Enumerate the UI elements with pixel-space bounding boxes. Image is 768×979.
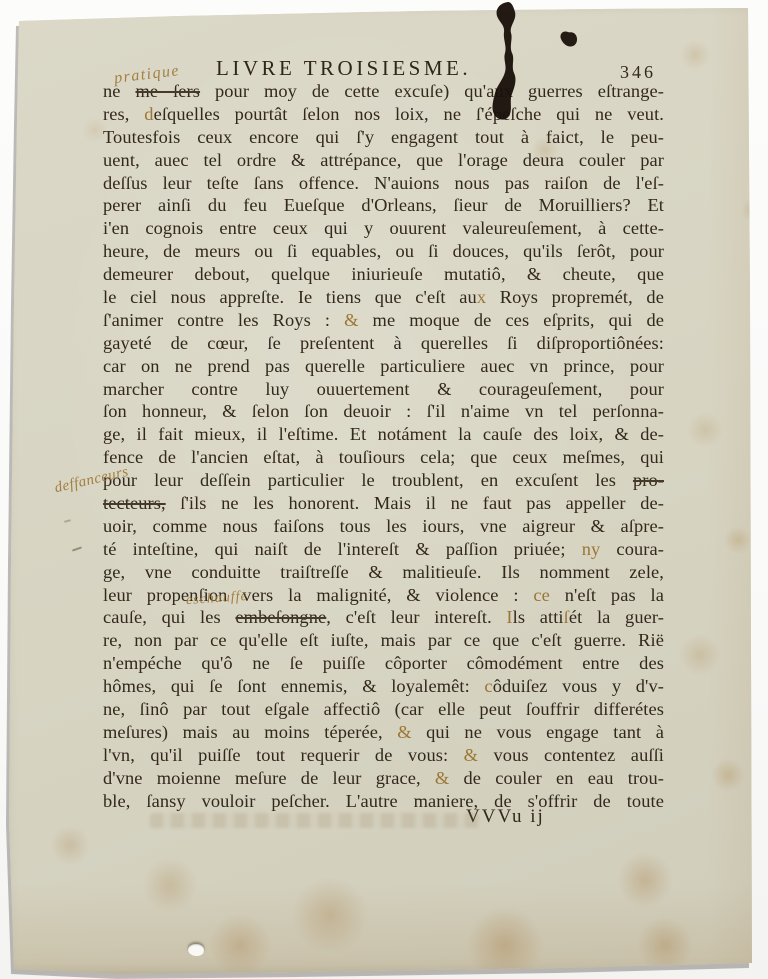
hand-corrected-text: c xyxy=(484,676,492,696)
printed-text: gayeté de cœur, ſe preſentent à querelle… xyxy=(103,333,664,353)
text-line: Toutesfois ceux encore qui ſ'y engagent … xyxy=(103,126,664,149)
hand-corrected-text: & xyxy=(344,310,358,330)
printed-text: car on ne prend pas querelle particulier… xyxy=(103,356,664,376)
printed-text: le ciel nous appreſte. Ie tiens que c'eſ… xyxy=(103,287,477,307)
printed-text: ſon honneur, & ſelon ſon deuoir : ſ'il n… xyxy=(103,401,664,421)
ink-blot-icon xyxy=(478,2,586,124)
text-line: n'empéche qu'ô ne ſe puiſſe côporter côm… xyxy=(103,652,664,675)
text-line: meſures) mais au moins téperée, & qui ne… xyxy=(103,721,664,744)
text-line: demeurer debout, quelque iniurieuſe muta… xyxy=(103,263,664,286)
struck-text: embeſongne xyxy=(235,607,326,627)
printed-text: n'empéche qu'ô ne ſe puiſſe côporter côm… xyxy=(103,653,664,673)
printed-text: ſ'ils ne les honorent. Mais il ne faut p… xyxy=(166,493,664,513)
printed-text: , c'eſt leur intereſt. xyxy=(326,607,506,627)
hand-corrected-text: x xyxy=(477,287,486,307)
printed-text: meſures) mais au moins téperée, xyxy=(103,722,397,742)
text-line: fence de l'ancien eſtat, à touſiours cel… xyxy=(103,446,664,469)
printed-text: qui ne vous engage tant à xyxy=(412,722,664,742)
hand-corrected-text: & xyxy=(435,768,449,788)
text-line: ble, ſansy vouloir peſcher. L'autre mani… xyxy=(103,790,664,813)
printed-text: vous contentez auſſi xyxy=(478,745,664,765)
text-line: ge, vne conduitte traiſtreſſe & malitieu… xyxy=(103,561,664,584)
text-line: heure, de meurs ou ſi equables, ou ſi do… xyxy=(103,240,664,263)
printed-text: pour leur deſſein particulier le trouble… xyxy=(103,470,633,490)
hand-corrected-text: ny xyxy=(582,539,601,559)
printed-text: Toutesfois ceux encore qui ſ'y engagent … xyxy=(103,127,664,147)
printed-text: marcher contre luy ouuertement & courage… xyxy=(103,379,664,399)
printed-text: ls atti xyxy=(513,607,564,627)
printed-text: ſ'animer contre les Roys : xyxy=(103,310,344,330)
printed-text: hômes, qui ſe ſont ennemis, & loyalemêt: xyxy=(103,676,484,696)
printed-text: Roys propremét, de xyxy=(486,287,664,307)
printed-text: ét la guer- xyxy=(569,607,664,627)
text-line: ge, il fait mieux, il l'eſtime. Et notám… xyxy=(103,423,664,446)
printed-text: coura- xyxy=(600,539,664,559)
printed-text: ble, ſansy vouloir peſcher. L'autre mani… xyxy=(103,791,664,811)
struck-text: pro- xyxy=(633,470,664,490)
printed-text: té inteſtine, qui naiſt de l'intereſt & … xyxy=(103,539,582,559)
hand-corrected-text: ce xyxy=(533,585,550,605)
margin-mark xyxy=(64,519,71,523)
printed-text: perer ainſi du feu Eueſque d'Orleans, ſi… xyxy=(103,195,664,215)
printed-text: ge, il fait mieux, il l'eſtime. Et notám… xyxy=(103,424,664,444)
printed-text: l'vn, qu'il puiſſe tout requerir de vous… xyxy=(103,745,464,765)
printed-text: cauſe, qui les xyxy=(103,607,235,627)
printed-text: fence de l'ancien eſtat, à touſiours cel… xyxy=(103,447,664,467)
printed-text: eſquelles pourtât ſelon nos loix, ne ſ'é… xyxy=(154,104,664,124)
text-line: cauſe, qui les embeſongne, c'eſt leur in… xyxy=(103,606,664,629)
struck-text: tecteurs, xyxy=(103,493,166,513)
hand-corrected-text: d xyxy=(144,104,153,124)
hand-corrected-text: & xyxy=(464,745,478,765)
text-line: d'vne moienne meſure de leur grace, & de… xyxy=(103,767,664,790)
ink-bleedthrough xyxy=(150,813,480,828)
text-line: té inteſtine, qui naiſt de l'intereſt & … xyxy=(103,538,664,561)
text-line: l'vn, qu'il puiſſe tout requerir de vous… xyxy=(103,744,664,767)
paper-hole xyxy=(188,944,204,956)
printed-text: uent, auec tel ordre & attrépance, que l… xyxy=(103,150,664,170)
text-line: ſon honneur, & ſelon ſon deuoir : ſ'il n… xyxy=(103,400,664,423)
printed-text: heure, de meurs ou ſi equables, ou ſi do… xyxy=(103,241,664,261)
text-line: car on ne prend pas querelle particulier… xyxy=(103,355,664,378)
printed-text: re, non par ce qu'elle eſt iuſte, mais p… xyxy=(103,630,664,650)
text-line: ne, ſinô par tout eſgale affectiô (car e… xyxy=(103,698,664,721)
printed-text: pour moy de cette excuſe) qu'aux guerres… xyxy=(200,81,664,101)
text-line: re, non par ce qu'elle eſt iuſte, mais p… xyxy=(103,629,664,652)
printed-text: res, xyxy=(103,104,144,124)
text-line: gayeté de cœur, ſe preſentent à querelle… xyxy=(103,332,664,355)
photographed-book-page: { "document": { "header": { "title": "LI… xyxy=(0,0,768,979)
margin-mark xyxy=(72,546,82,551)
printed-text: ge, vne conduitte traiſtreſſe & malitieu… xyxy=(103,562,664,582)
text-line: marcher contre luy ouuertement & courage… xyxy=(103,378,664,401)
printed-text: leur propenſion vers la malignité, & vio… xyxy=(103,585,533,605)
text-line: pour leur deſſein particulier le trouble… xyxy=(103,469,664,492)
printed-text: ne, ſinô par tout eſgale affectiô (car e… xyxy=(103,699,664,719)
text-line: perer ainſi du feu Eueſque d'Orleans, ſi… xyxy=(103,194,664,217)
running-header: LIVRE TROISIESME. xyxy=(216,56,471,81)
text-line: deſſus leur teſte ſans offence. N'auions… xyxy=(103,172,664,195)
printed-text: n'eſt pas la xyxy=(550,585,664,605)
printed-text: d'vne moienne meſure de leur grace, xyxy=(103,768,435,788)
text-line: le ciel nous appreſte. Ie tiens que c'eſ… xyxy=(103,286,664,309)
book-page: LIVRE TROISIESME. 346 ne me ſers pour mo… xyxy=(0,0,768,979)
printed-text: demeurer debout, quelque iniurieuſe muta… xyxy=(103,264,664,284)
text-line: ſ'animer contre les Roys : & me moque de… xyxy=(103,309,664,332)
printed-text: deſſus leur teſte ſans offence. N'auions… xyxy=(103,173,664,193)
hand-corrected-text: & xyxy=(397,722,411,742)
printed-text: ôduiſez vous y d'v- xyxy=(493,676,664,696)
printed-text: i'en cognois entre ceux qui y ouurent va… xyxy=(103,218,664,238)
body-text: ne me ſers pour moy de cette excuſe) qu'… xyxy=(103,80,664,813)
text-line: uoir, comme nous faiſons tous les iours,… xyxy=(103,515,664,538)
printed-text: uoir, comme nous faiſons tous les iours,… xyxy=(103,516,664,536)
text-line: hômes, qui ſe ſont ennemis, & loyalemêt:… xyxy=(103,675,664,698)
printed-text: de couler en eau trou- xyxy=(449,768,664,788)
text-line: tecteurs, ſ'ils ne les honorent. Mais il… xyxy=(103,492,664,515)
printed-text: me moque de ces eſprits, qui de xyxy=(359,310,664,330)
text-line: i'en cognois entre ceux qui y ouurent va… xyxy=(103,217,664,240)
text-line: uent, auec tel ordre & attrépance, que l… xyxy=(103,149,664,172)
